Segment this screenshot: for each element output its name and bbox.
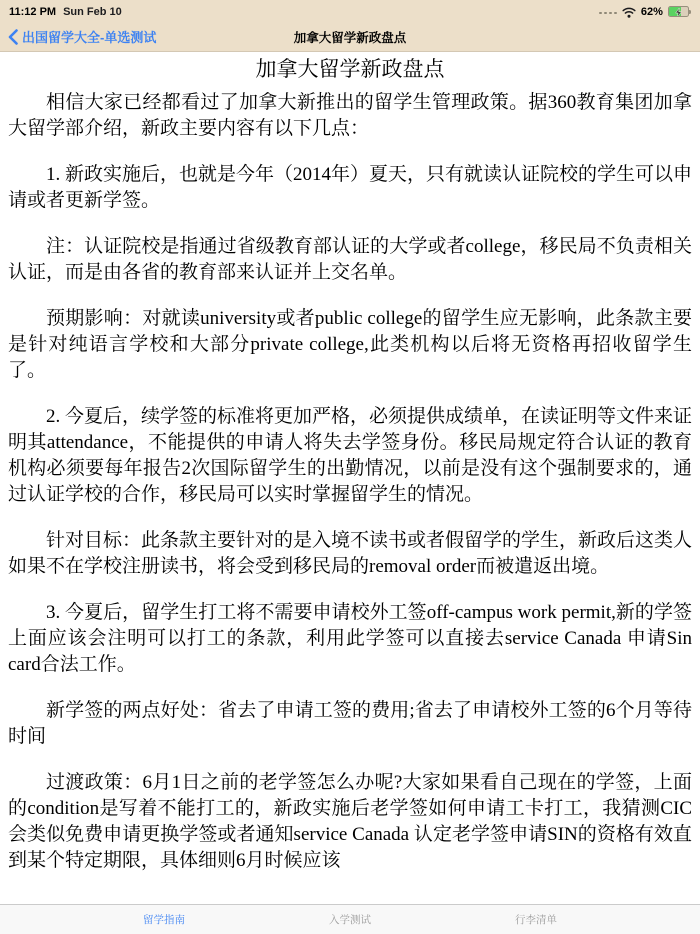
app-screen: 11:12 PM Sun Feb 10 62% bbox=[0, 0, 700, 934]
article-paragraph: 注：认证院校是指通过省级教育部认证的大学或者college，移民局不负责相关认证… bbox=[8, 234, 692, 286]
tab-label: 入学测试 bbox=[329, 914, 371, 926]
back-label: 出国留学大全-单选测试 bbox=[22, 27, 156, 46]
article-title: 加拿大留学新政盘点 bbox=[8, 55, 692, 84]
tab-label: 留学指南 bbox=[143, 914, 185, 926]
article-scroll-area[interactable]: 加拿大留学新政盘点 相信大家已经都看过了加拿大新推出的留学生管理政策。据360教… bbox=[0, 52, 700, 934]
article-paragraph: 针对目标：此条款主要针对的是入境不读书或者假留学的学生，新政后这类人如果不在学校… bbox=[8, 528, 692, 580]
tab-item[interactable]: 行李清单 bbox=[443, 912, 629, 927]
article-paragraph: 预期影响：对就读university或者public college的留学生应无… bbox=[8, 306, 692, 384]
article-body: 相信大家已经都看过了加拿大新推出的留学生管理政策。据360教育集团加拿大留学部介… bbox=[8, 90, 692, 874]
wifi-icon bbox=[622, 6, 636, 18]
article-paragraph: 新学签的两点好处：省去了申请工签的费用;省去了申请校外工签的6个月等待时间 bbox=[8, 698, 692, 750]
article-paragraph: 过渡政策：6月1日之前的老学签怎么办呢?大家如果看自己现在的学签，上面的cond… bbox=[8, 770, 692, 874]
header: 11:12 PM Sun Feb 10 62% bbox=[0, 0, 700, 52]
article-paragraph: 1. 新政实施后，也就是今年（2014年）夏天，只有就读认证院校的学生可以申请或… bbox=[8, 162, 692, 214]
tab-bar: 留学指南 入学测试 行李清单 bbox=[0, 904, 700, 934]
tab-item[interactable]: 入学测试 bbox=[257, 912, 443, 927]
status-time: 11:12 PM bbox=[9, 6, 56, 18]
nav-bar: 出国留学大全-单选测试 加拿大留学新政盘点 bbox=[0, 21, 700, 52]
cellular-dots-icon bbox=[599, 9, 617, 15]
status-bar-left: 11:12 PM Sun Feb 10 bbox=[9, 6, 122, 18]
article-paragraph: 相信大家已经都看过了加拿大新推出的留学生管理政策。据360教育集团加拿大留学部介… bbox=[8, 90, 692, 142]
back-chevron-icon bbox=[8, 29, 18, 45]
status-bar: 11:12 PM Sun Feb 10 62% bbox=[0, 0, 700, 21]
battery-charging-icon bbox=[668, 6, 691, 17]
status-bar-right: 62% bbox=[599, 6, 691, 18]
article-paragraph: 3. 今夏后，留学生打工将不需要申请校外工签off-campus work pe… bbox=[8, 600, 692, 678]
battery-percent: 62% bbox=[641, 6, 663, 18]
back-button[interactable]: 出国留学大全-单选测试 bbox=[8, 27, 156, 46]
tab-item[interactable]: 留学指南 bbox=[71, 912, 257, 927]
status-date: Sun Feb 10 bbox=[63, 6, 122, 18]
article-paragraph: 2. 今夏后，续学签的标准将更加严格，必须提供成绩单，在读证明等文件来证明其at… bbox=[8, 404, 692, 508]
tab-label: 行李清单 bbox=[515, 914, 557, 926]
